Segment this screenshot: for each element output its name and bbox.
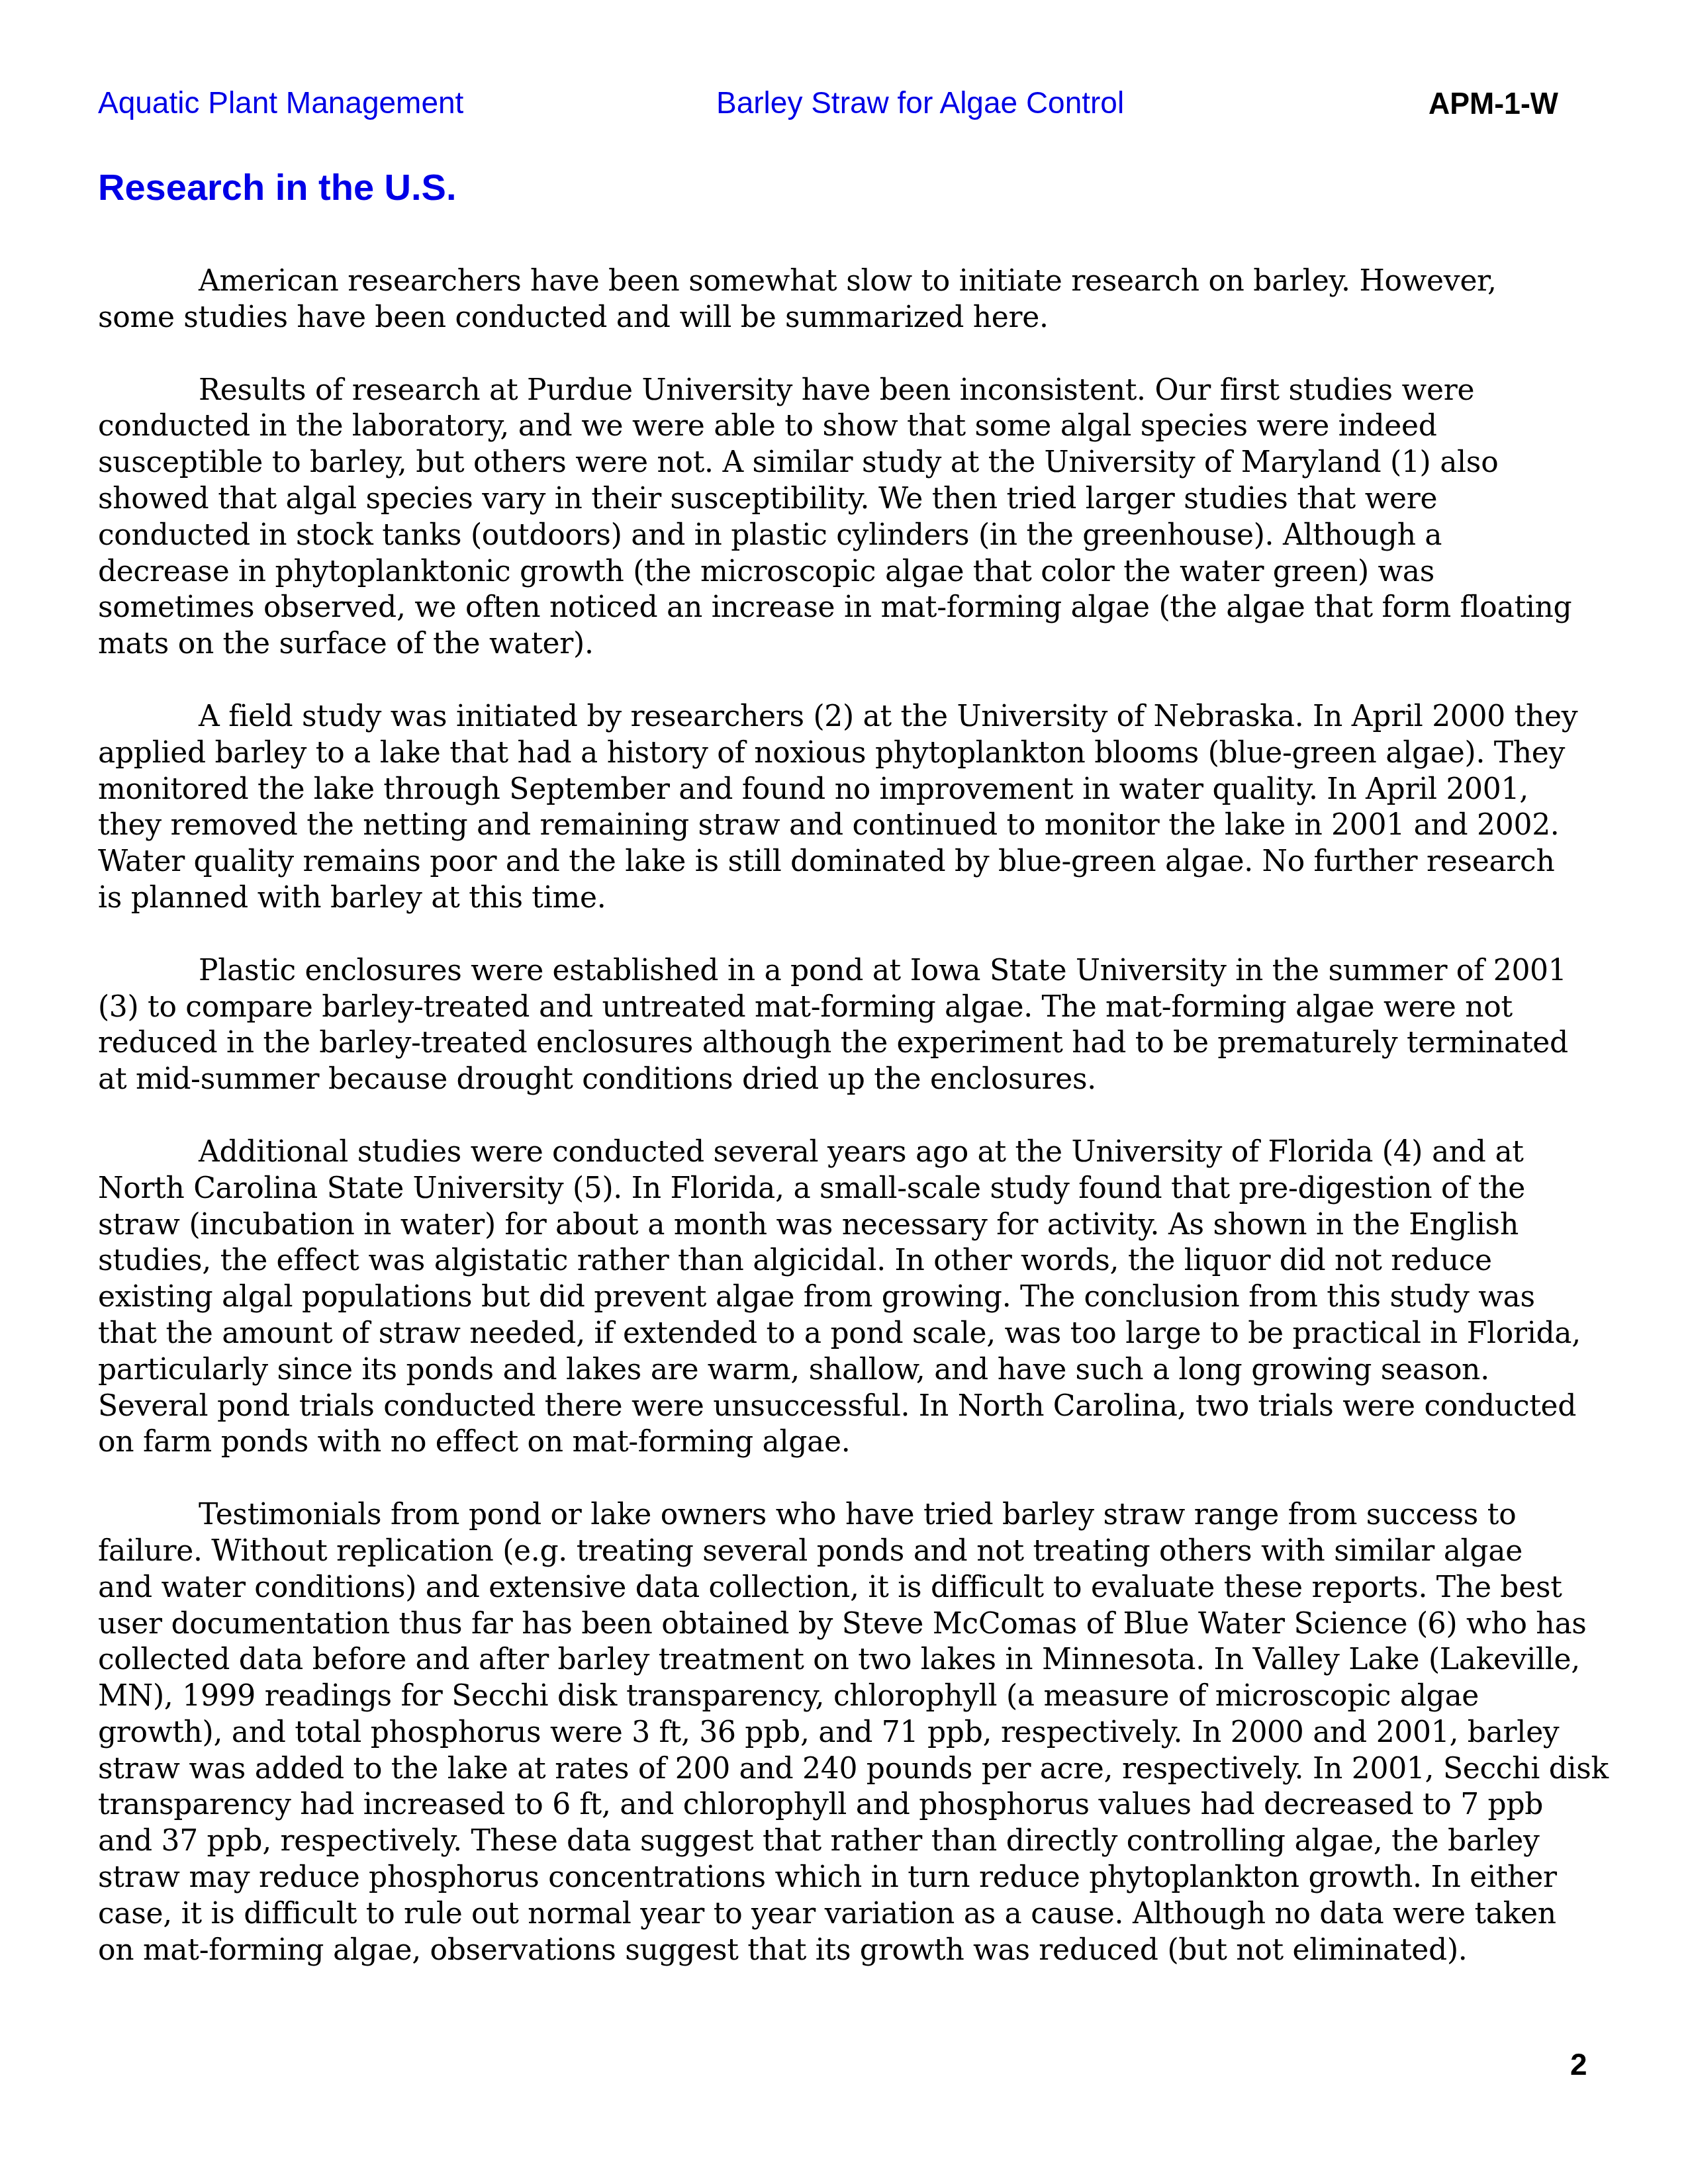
text-line: Water quality remains poor and the lake … bbox=[98, 844, 1581, 880]
text-line: that the amount of straw needed, if exte… bbox=[98, 1316, 1581, 1352]
text-line: North Carolina State University (5). In … bbox=[98, 1171, 1581, 1207]
text-line: American researchers have been somewhat … bbox=[98, 263, 1581, 300]
body-text: American researchers have been somewhat … bbox=[98, 263, 1581, 2005]
text-line: on mat-forming algae, observations sugge… bbox=[98, 1933, 1581, 1969]
paragraph-iowa: Plastic enclosures were established in a… bbox=[98, 953, 1581, 1098]
text-line: growth), and total phosphorus were 3 ft,… bbox=[98, 1715, 1581, 1751]
text-line: decrease in phytoplanktonic growth (the … bbox=[98, 554, 1581, 590]
text-line: Additional studies were conducted severa… bbox=[98, 1134, 1581, 1171]
paragraph-nebraska: A field study was initiated by researche… bbox=[98, 699, 1581, 917]
text-line: Plastic enclosures were established in a… bbox=[98, 953, 1581, 989]
text-line: transparency had increased to 6 ft, and … bbox=[98, 1787, 1581, 1823]
text-line: some studies have been conducted and wil… bbox=[98, 300, 1581, 336]
text-line: straw was added to the lake at rates of … bbox=[98, 1751, 1581, 1788]
text-line: Several pond trials conducted there were… bbox=[98, 1388, 1581, 1425]
text-line: monitored the lake through September and… bbox=[98, 772, 1581, 808]
text-line: conducted in the laboratory, and we were… bbox=[98, 408, 1581, 445]
text-line: and 37 ppb, respectively. These data sug… bbox=[98, 1823, 1581, 1860]
text-line: Testimonials from pond or lake owners wh… bbox=[98, 1497, 1581, 1533]
page-number: 2 bbox=[1570, 2046, 1587, 2082]
text-line: at mid-summer because drought conditions… bbox=[98, 1062, 1581, 1098]
text-line: Results of research at Purdue University… bbox=[98, 373, 1581, 409]
text-line: applied barley to a lake that had a hist… bbox=[98, 735, 1581, 772]
header-series-title: Aquatic Plant Management bbox=[98, 85, 463, 120]
text-line: MN), 1999 readings for Secchi disk trans… bbox=[98, 1678, 1581, 1715]
text-line: and water conditions) and extensive data… bbox=[98, 1570, 1581, 1606]
text-line: collected data before and after barley t… bbox=[98, 1642, 1581, 1678]
text-line: is planned with barley at this time. bbox=[98, 880, 1581, 917]
paragraph-florida-nc: Additional studies were conducted severa… bbox=[98, 1134, 1581, 1461]
text-line: showed that algal species vary in their … bbox=[98, 481, 1581, 518]
header-document-code: APM-1-W bbox=[1429, 85, 1558, 121]
text-line: straw (incubation in water) for about a … bbox=[98, 1207, 1581, 1244]
text-line: susceptible to barley, but others were n… bbox=[98, 445, 1581, 481]
text-line: case, it is difficult to rule out normal… bbox=[98, 1896, 1581, 1933]
section-title: Research in the U.S. bbox=[98, 165, 457, 208]
paragraph-purdue: Results of research at Purdue University… bbox=[98, 373, 1581, 662]
text-line: on farm ponds with no effect on mat-form… bbox=[98, 1424, 1581, 1461]
text-line: studies, the effect was algistatic rathe… bbox=[98, 1243, 1581, 1279]
text-line: sometimes observed, we often noticed an … bbox=[98, 590, 1581, 626]
text-line: user documentation thus far has been obt… bbox=[98, 1606, 1581, 1643]
text-line: conducted in stock tanks (outdoors) and … bbox=[98, 518, 1581, 554]
paragraph-intro: American researchers have been somewhat … bbox=[98, 263, 1581, 336]
text-line: (3) to compare barley-treated and untrea… bbox=[98, 989, 1581, 1026]
text-line: A field study was initiated by researche… bbox=[98, 699, 1581, 735]
paragraph-testimonials: Testimonials from pond or lake owners wh… bbox=[98, 1497, 1581, 1968]
text-line: existing algal populations but did preve… bbox=[98, 1279, 1581, 1316]
header-document-title: Barley Straw for Algae Control bbox=[716, 85, 1124, 120]
text-line: particularly since its ponds and lakes a… bbox=[98, 1352, 1581, 1388]
text-line: failure. Without replication (e.g. treat… bbox=[98, 1533, 1581, 1570]
text-line: they removed the netting and remaining s… bbox=[98, 807, 1581, 844]
text-line: reduced in the barley-treated enclosures… bbox=[98, 1025, 1581, 1062]
text-line: straw may reduce phosphorus concentratio… bbox=[98, 1860, 1581, 1896]
text-line: mats on the surface of the water). bbox=[98, 626, 1581, 662]
